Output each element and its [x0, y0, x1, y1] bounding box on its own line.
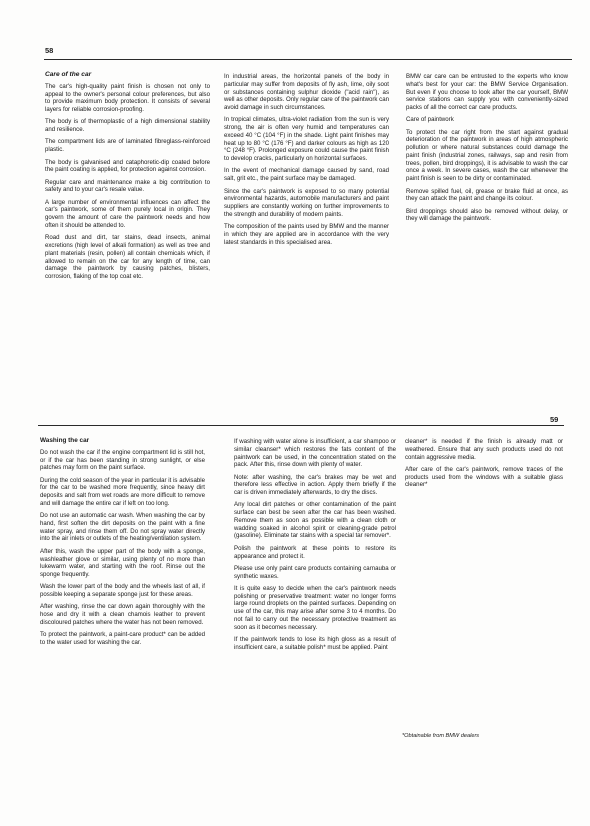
paragraph: In the event of mechanical damage caused…: [224, 167, 389, 183]
paragraph: After washing, rinse the car down again …: [40, 603, 205, 626]
paragraph: Remove spilled fuel, oil, grease or brak…: [406, 188, 568, 204]
paragraph: If washing with water alone is insuffici…: [234, 438, 396, 469]
top-column-2: In industrial areas, the horizontal pane…: [224, 73, 389, 251]
header-rule-top: [44, 59, 572, 60]
top-column-3: BMW car care can be entrusted to the exp…: [406, 73, 568, 228]
paragraph: After this, wash the upper part of the b…: [40, 548, 205, 579]
paragraph: If the paintwork tends to lose its high …: [234, 636, 396, 652]
paragraph: After care of the car's paintwork, remov…: [405, 466, 563, 489]
paragraph: cleaner* is needed if the finish is alre…: [405, 438, 563, 461]
paragraph: Polish the paintwork at these points to …: [234, 545, 396, 561]
paragraph: Do not wash the car if the engine compar…: [40, 449, 205, 472]
paragraph: Road dust and dirt, tar stains, dead ins…: [45, 234, 210, 281]
paragraph: Wash the lower part of the body and the …: [40, 583, 205, 599]
paragraph: Bird droppings should also be removed wi…: [406, 208, 568, 224]
paragraph: Any local dirt patches or other contamin…: [234, 501, 396, 540]
paragraph: The body is of thermoplastic of a high d…: [45, 118, 210, 134]
paragraph: The body is galvanised and cataphoretic-…: [45, 159, 210, 175]
bottom-column-3: cleaner* is needed if the finish is alre…: [405, 438, 563, 494]
paragraph: To protect the car right from the start …: [406, 129, 568, 183]
section-heading-care-of-the-car: Care of the car: [45, 71, 210, 79]
paragraph: In industrial areas, the horizontal pane…: [224, 73, 389, 112]
paragraph: The composition of the paints used by BM…: [224, 223, 389, 246]
paragraph: BMW car care can be entrusted to the exp…: [406, 73, 568, 112]
paragraph: The compartment lids are of laminated fi…: [45, 138, 210, 154]
paragraph: It is quite easy to decide when the car'…: [234, 585, 396, 632]
paragraph: Do not use an automatic car wash. When w…: [40, 512, 205, 543]
bottom-column-1: Washing the car Do not wash the car if t…: [40, 437, 205, 651]
page-number-bottom: 59: [550, 415, 558, 424]
footnote: *Obtainable from BMW dealers: [402, 733, 479, 739]
paragraph: A large number of environmental influenc…: [45, 199, 210, 230]
subheading-care-of-paintwork: Care of paintwork: [406, 116, 568, 124]
page-number-top: 58: [45, 46, 53, 55]
bottom-column-2: If washing with water alone is insuffici…: [234, 438, 396, 656]
paragraph: Please use only paint care products cont…: [234, 565, 396, 581]
paragraph: Since the car's paintwork is exposed to …: [224, 188, 389, 219]
section-heading-washing-the-car: Washing the car: [40, 437, 205, 445]
paragraph: Regular care and maintenance make a big …: [45, 179, 210, 195]
paragraph: In tropical climates, ultra-violet radia…: [224, 116, 389, 163]
paragraph: During the cold season of the year in pa…: [40, 477, 205, 508]
header-rule-bottom: [38, 425, 564, 426]
paragraph: Note: after washing, the car's brakes ma…: [234, 474, 396, 497]
paragraph: The car's high-quality paint finish is c…: [45, 83, 210, 114]
paragraph: To protect the paintwork, a paint-care p…: [40, 631, 205, 647]
top-column-1: Care of the car The car's high-quality p…: [45, 71, 210, 285]
